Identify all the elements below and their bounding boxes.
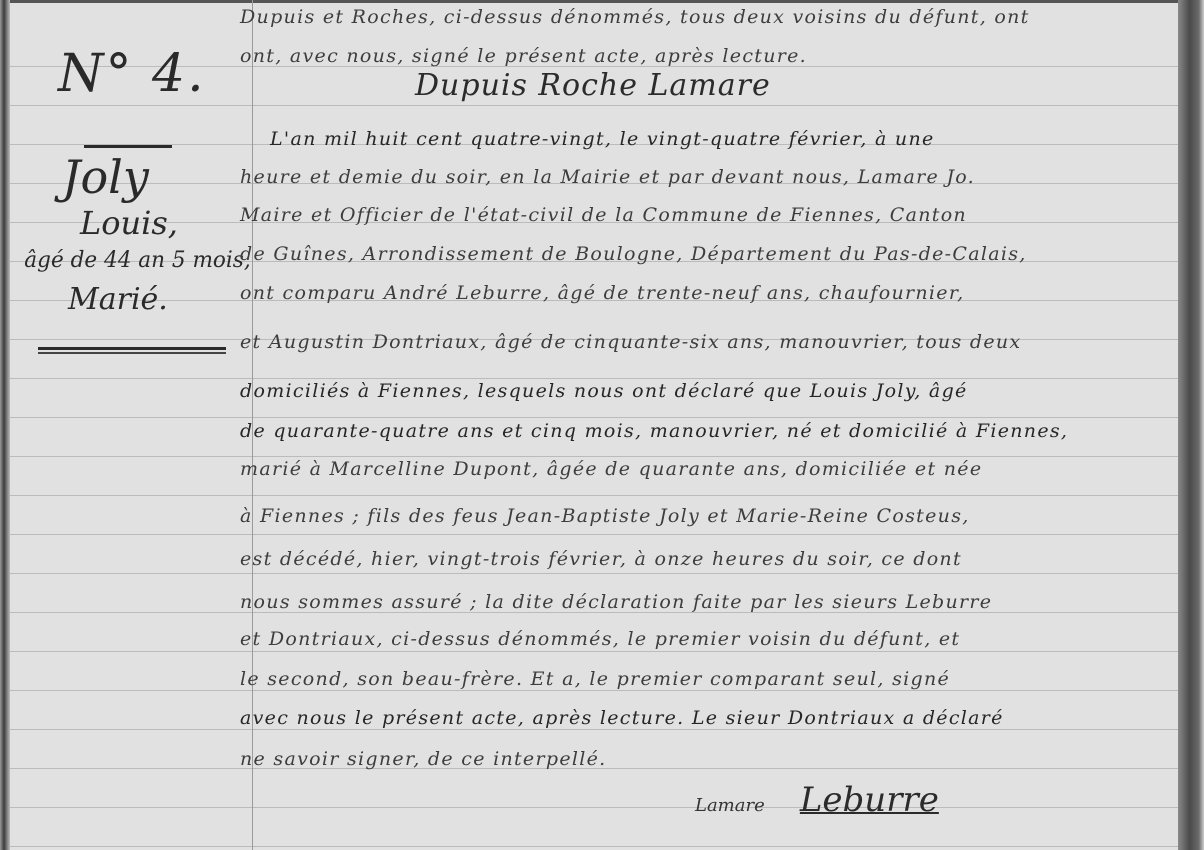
previous-act-line-2: ont, avec nous, signé le présent acte, a…	[240, 45, 807, 67]
act-signatures: Lamare Leburre	[695, 780, 939, 820]
entry-number: N° 4.	[58, 44, 206, 104]
deceased-age: âgé de 44 an 5 mois,	[24, 248, 250, 273]
previous-act-line-1: Dupuis et Roches, ci-dessus dénommés, to…	[240, 6, 1030, 28]
act-line: domiciliés à Fiennes, lesquels nous ont …	[240, 380, 968, 402]
act-line: de quarante-quatre ans et cinq mois, man…	[240, 420, 1068, 442]
signature-mayor: Lamare	[695, 795, 765, 816]
surname-overline	[84, 145, 172, 148]
act-line: heure et demie du soir, en la Mairie et …	[240, 166, 975, 188]
marital-status: Marié.	[68, 282, 168, 317]
act-line: et Dontriaux, ci-dessus dénommés, le pre…	[240, 628, 960, 650]
previous-act-signatures: Dupuis Roche Lamare	[415, 68, 771, 103]
act-line: marié à Marcelline Dupont, âgée de quara…	[240, 458, 982, 480]
act-line: est décédé, hier, vingt-trois février, à…	[240, 548, 962, 570]
deceased-surname: Joly	[62, 150, 149, 204]
register-binding	[1178, 0, 1204, 850]
entry-separator	[38, 347, 226, 354]
act-line: le second, son beau-frère. Et a, le prem…	[240, 668, 950, 690]
act-line: de Guînes, Arrondissement de Boulogne, D…	[240, 243, 1027, 265]
act-text-column: Dupuis et Roches, ci-dessus dénommés, to…	[240, 0, 1180, 850]
act-line: L'an mil huit cent quatre-vingt, le ving…	[270, 128, 935, 150]
act-line: à Fiennes ; fils des feus Jean-Baptiste …	[240, 505, 970, 527]
act-line: ne savoir signer, de ce interpellé.	[240, 748, 607, 770]
signature-declarant: Leburre	[800, 780, 939, 820]
page-left-edge	[0, 0, 10, 850]
margin-column: N° 4. Joly Louis, âgé de 44 an 5 mois, M…	[10, 0, 250, 850]
register-page: N° 4. Joly Louis, âgé de 44 an 5 mois, M…	[0, 0, 1204, 850]
deceased-given-name: Louis,	[80, 204, 178, 242]
act-line: Maire et Officier de l'état-civil de la …	[240, 204, 967, 226]
act-line: avec nous le présent acte, après lecture…	[240, 707, 1004, 729]
act-line: nous sommes assuré ; la dite déclaration…	[240, 591, 992, 613]
act-line: et Augustin Dontriaux, âgé de cinquante-…	[240, 331, 1021, 353]
act-line: ont comparu André Leburre, âgé de trente…	[240, 282, 964, 304]
